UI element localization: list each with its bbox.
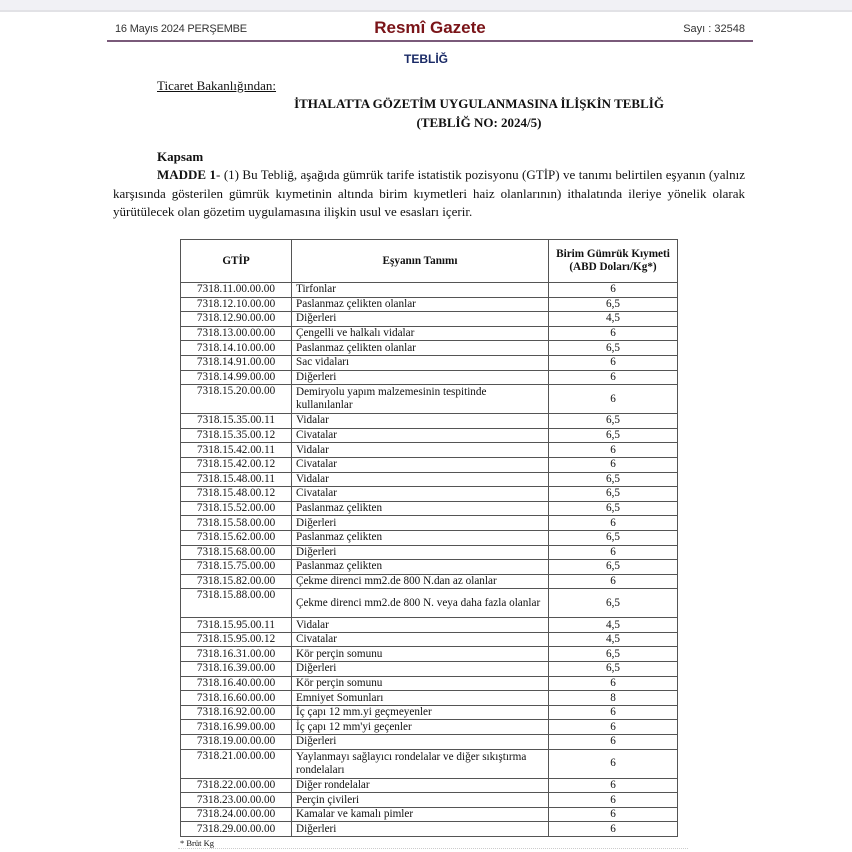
- description-cell: Paslanmaz çelikten: [292, 501, 549, 516]
- gtip-cell: 7318.12.90.00.00: [181, 312, 292, 327]
- unit-value-cell: 6: [549, 516, 678, 531]
- gtip-cell: 7318.16.92.00.00: [181, 705, 292, 720]
- gazette-title: Resmî Gazete: [107, 18, 753, 38]
- gtip-cell: 7318.14.99.00.00: [181, 370, 292, 385]
- gtip-cell: 7318.15.48.00.11: [181, 472, 292, 487]
- gtip-cell: 7318.11.00.00.00: [181, 283, 292, 298]
- unit-value-cell: 6: [549, 720, 678, 735]
- table-row: 7318.15.48.00.11Vidalar6,5: [181, 472, 678, 487]
- gtip-cell: 7318.15.62.00.00: [181, 530, 292, 545]
- unit-value-cell: 6,5: [549, 501, 678, 516]
- unit-value-cell: 6: [549, 385, 678, 414]
- unit-value-cell: 6,5: [549, 297, 678, 312]
- gtip-cell: 7318.24.00.00.00: [181, 807, 292, 822]
- gtip-cell: 7318.15.82.00.00: [181, 574, 292, 589]
- description-cell: Civatalar: [292, 632, 549, 647]
- unit-value-cell: 6: [549, 778, 678, 793]
- description-cell: Sac vidaları: [292, 355, 549, 370]
- description-cell: İç çapı 12 mm.yi geçmeyenler: [292, 705, 549, 720]
- table-row: 7318.29.00.00.00Diğerleri6: [181, 822, 678, 837]
- article-paragraph: MADDE 1- (1) Bu Tebliğ, aşağıda gümrük t…: [113, 166, 745, 222]
- table-row: 7318.14.99.00.00Diğerleri6: [181, 370, 678, 385]
- section-label: TEBLİĞ: [0, 52, 852, 66]
- table-row: 7318.24.00.00.00Kamalar ve kamalı pimler…: [181, 807, 678, 822]
- description-cell: Paslanmaz çelikten olanlar: [292, 297, 549, 312]
- gtip-cell: 7318.15.75.00.00: [181, 560, 292, 575]
- gtip-cell: 7318.15.20.00.00: [181, 385, 292, 414]
- table-row: 7318.15.95.00.12Civatalar4,5: [181, 632, 678, 647]
- table-row: 7318.15.68.00.00Diğerleri6: [181, 545, 678, 560]
- unit-value-cell: 6: [549, 574, 678, 589]
- description-cell: Paslanmaz çelikten: [292, 530, 549, 545]
- unit-value-cell: 6: [549, 807, 678, 822]
- unit-value-cell: 6,5: [549, 472, 678, 487]
- unit-value-cell: 6,5: [549, 662, 678, 677]
- table-header-row: GTİP Eşyanın Tanımı Birim Gümrük Kıymeti…: [181, 240, 678, 283]
- gtip-cell: 7318.15.52.00.00: [181, 501, 292, 516]
- unit-value-cell: 4,5: [549, 312, 678, 327]
- header-unit-value: Birim Gümrük Kıymeti (ABD Doları/Kg*): [549, 240, 678, 283]
- unit-value-cell: 6: [549, 822, 678, 837]
- unit-value-cell: 6: [549, 326, 678, 341]
- gtip-cell: 7318.15.68.00.00: [181, 545, 292, 560]
- table-row: 7318.15.42.00.11Vidalar6: [181, 443, 678, 458]
- top-toolbar-strip: [0, 0, 852, 12]
- unit-value-cell: 6: [549, 283, 678, 298]
- gtip-cell: 7318.15.42.00.12: [181, 457, 292, 472]
- table-row: 7318.15.58.00.00Diğerleri6: [181, 516, 678, 531]
- description-cell: Diğerleri: [292, 516, 549, 531]
- ministry-name: Ticaret Bakanlığından:: [157, 78, 276, 94]
- unit-value-cell: 6,5: [549, 487, 678, 502]
- description-cell: Diğerleri: [292, 312, 549, 327]
- description-cell: Vidalar: [292, 443, 549, 458]
- table-row: 7318.14.91.00.00Sac vidaları6: [181, 355, 678, 370]
- description-cell: Kör perçin somunu: [292, 676, 549, 691]
- description-cell: Civatalar: [292, 487, 549, 502]
- description-cell: Demiryolu yapım malzemesinin tespitinde …: [292, 385, 549, 414]
- header-gtip: GTİP: [181, 240, 292, 283]
- table-row: 7318.15.62.00.00Paslanmaz çelikten6,5: [181, 530, 678, 545]
- gtip-cell: 7318.15.95.00.11: [181, 618, 292, 633]
- header-description: Eşyanın Tanımı: [292, 240, 549, 283]
- table-row: 7318.21.00.00.00Yaylanmayı sağlayıcı ron…: [181, 749, 678, 778]
- table-row: 7318.15.52.00.00Paslanmaz çelikten6,5: [181, 501, 678, 516]
- unit-value-cell: 6,5: [549, 647, 678, 662]
- description-cell: Civatalar: [292, 457, 549, 472]
- table-row: 7318.16.31.00.00Kör perçin somunu6,5: [181, 647, 678, 662]
- description-cell: Kör perçin somunu: [292, 647, 549, 662]
- article-label: MADDE 1: [157, 167, 216, 182]
- description-cell: Diğerleri: [292, 735, 549, 750]
- document-number: (TEBLİĞ NO: 2024/5): [106, 115, 852, 131]
- description-cell: Diğerleri: [292, 545, 549, 560]
- table-footnote: * Brüt Kg: [180, 838, 678, 848]
- table-row: 7318.15.20.00.00Demiryolu yapım malzemes…: [181, 385, 678, 414]
- table-row: 7318.15.75.00.00Paslanmaz çelikten6,5: [181, 560, 678, 575]
- table-row: 7318.13.00.00.00Çengelli ve halkalı vida…: [181, 326, 678, 341]
- description-cell: Çekme direnci mm2.de 800 N. veya daha fa…: [292, 589, 549, 618]
- table-row: 7318.14.10.00.00Paslanmaz çelikten olanl…: [181, 341, 678, 356]
- table-row: 7318.12.10.00.00Paslanmaz çelikten olanl…: [181, 297, 678, 312]
- table-row: 7318.16.92.00.00İç çapı 12 mm.yi geçmeye…: [181, 705, 678, 720]
- gtip-cell: 7318.12.10.00.00: [181, 297, 292, 312]
- unit-value-cell: 6: [549, 749, 678, 778]
- table-row: 7318.15.48.00.12Civatalar6,5: [181, 487, 678, 502]
- gazette-header: 16 Mayıs 2024 PERŞEMBE Resmî Gazete Sayı…: [107, 18, 753, 42]
- gtip-cell: 7318.14.10.00.00: [181, 341, 292, 356]
- gtip-cell: 7318.14.91.00.00: [181, 355, 292, 370]
- issue-number: Sayı : 32548: [683, 23, 745, 35]
- table-body: 7318.11.00.00.00Tirfonlar67318.12.10.00.…: [181, 283, 678, 837]
- gtip-cell: 7318.29.00.00.00: [181, 822, 292, 837]
- description-cell: Diğerleri: [292, 822, 549, 837]
- table-row: 7318.12.90.00.00Diğerleri4,5: [181, 312, 678, 327]
- description-cell: Paslanmaz çelikten olanlar: [292, 341, 549, 356]
- description-cell: Paslanmaz çelikten: [292, 560, 549, 575]
- description-cell: Yaylanmayı sağlayıcı rondelalar ve diğer…: [292, 749, 549, 778]
- table-row: 7318.15.82.00.00Çekme direnci mm2.de 800…: [181, 574, 678, 589]
- table-row: 7318.16.60.00.00Emniyet Somunları8: [181, 691, 678, 706]
- gtip-cell: 7318.15.88.00.00: [181, 589, 292, 618]
- table-row: 7318.16.99.00.00İç çapı 12 mm'yi geçenle…: [181, 720, 678, 735]
- table-row: 7318.15.42.00.12Civatalar6: [181, 457, 678, 472]
- unit-value-cell: 6,5: [549, 589, 678, 618]
- table-row: 7318.16.39.00.00Diğerleri6,5: [181, 662, 678, 677]
- gtip-table: GTİP Eşyanın Tanımı Birim Gümrük Kıymeti…: [180, 239, 678, 837]
- unit-value-cell: 6: [549, 793, 678, 808]
- unit-value-cell: 6: [549, 676, 678, 691]
- description-cell: Tirfonlar: [292, 283, 549, 298]
- description-cell: Civatalar: [292, 428, 549, 443]
- gtip-cell: 7318.16.60.00.00: [181, 691, 292, 706]
- table-row: 7318.16.40.00.00Kör perçin somunu6: [181, 676, 678, 691]
- gtip-cell: 7318.15.35.00.11: [181, 414, 292, 429]
- gtip-cell: 7318.19.00.00.00: [181, 735, 292, 750]
- gtip-cell: 7318.16.40.00.00: [181, 676, 292, 691]
- description-cell: Diğerleri: [292, 370, 549, 385]
- gtip-table-container: GTİP Eşyanın Tanımı Birim Gümrük Kıymeti…: [180, 239, 678, 848]
- unit-value-cell: 6: [549, 705, 678, 720]
- unit-value-cell: 6,5: [549, 414, 678, 429]
- description-cell: Vidalar: [292, 472, 549, 487]
- gtip-cell: 7318.15.95.00.12: [181, 632, 292, 647]
- gtip-cell: 7318.23.00.00.00: [181, 793, 292, 808]
- table-row: 7318.15.88.00.00Çekme direnci mm2.de 800…: [181, 589, 678, 618]
- unit-value-cell: 6: [549, 370, 678, 385]
- description-cell: Çengelli ve halkalı vidalar: [292, 326, 549, 341]
- description-cell: Diğer rondelalar: [292, 778, 549, 793]
- unit-value-cell: 6: [549, 457, 678, 472]
- document-title: İTHALATTA GÖZETİM UYGULANMASINA İLİŞKİN …: [106, 96, 852, 112]
- description-cell: Perçin çivileri: [292, 793, 549, 808]
- gtip-cell: 7318.15.35.00.12: [181, 428, 292, 443]
- gtip-cell: 7318.16.31.00.00: [181, 647, 292, 662]
- gtip-cell: 7318.15.42.00.11: [181, 443, 292, 458]
- description-cell: Vidalar: [292, 618, 549, 633]
- gtip-cell: 7318.16.39.00.00: [181, 662, 292, 677]
- gtip-cell: 7318.16.99.00.00: [181, 720, 292, 735]
- unit-value-cell: 6: [549, 545, 678, 560]
- description-cell: İç çapı 12 mm'yi geçenler: [292, 720, 549, 735]
- unit-value-cell: 6: [549, 735, 678, 750]
- unit-value-cell: 4,5: [549, 618, 678, 633]
- table-row: 7318.15.35.00.11Vidalar6,5: [181, 414, 678, 429]
- unit-value-cell: 6: [549, 443, 678, 458]
- unit-value-cell: 8: [549, 691, 678, 706]
- table-row: 7318.19.00.00.00Diğerleri6: [181, 735, 678, 750]
- gtip-cell: 7318.15.48.00.12: [181, 487, 292, 502]
- unit-value-cell: 6,5: [549, 530, 678, 545]
- gtip-cell: 7318.13.00.00.00: [181, 326, 292, 341]
- description-cell: Diğerleri: [292, 662, 549, 677]
- unit-value-cell: 6,5: [549, 341, 678, 356]
- table-row: 7318.15.95.00.11Vidalar4,5: [181, 618, 678, 633]
- unit-value-cell: 6,5: [549, 560, 678, 575]
- table-row: 7318.23.00.00.00Perçin çivileri6: [181, 793, 678, 808]
- gtip-cell: 7318.15.58.00.00: [181, 516, 292, 531]
- gtip-cell: 7318.21.00.00.00: [181, 749, 292, 778]
- unit-value-cell: 6: [549, 355, 678, 370]
- unit-value-cell: 6,5: [549, 428, 678, 443]
- description-cell: Vidalar: [292, 414, 549, 429]
- scope-heading: Kapsam: [157, 149, 203, 165]
- table-row: 7318.15.35.00.12Civatalar6,5: [181, 428, 678, 443]
- description-cell: Kamalar ve kamalı pimler: [292, 807, 549, 822]
- table-row: 7318.22.00.00.00Diğer rondelalar6: [181, 778, 678, 793]
- description-cell: Çekme direnci mm2.de 800 N.dan az olanla…: [292, 574, 549, 589]
- table-row: 7318.11.00.00.00Tirfonlar6: [181, 283, 678, 298]
- gtip-cell: 7318.22.00.00.00: [181, 778, 292, 793]
- description-cell: Emniyet Somunları: [292, 691, 549, 706]
- unit-value-cell: 4,5: [549, 632, 678, 647]
- page-bottom-divider: [178, 848, 688, 849]
